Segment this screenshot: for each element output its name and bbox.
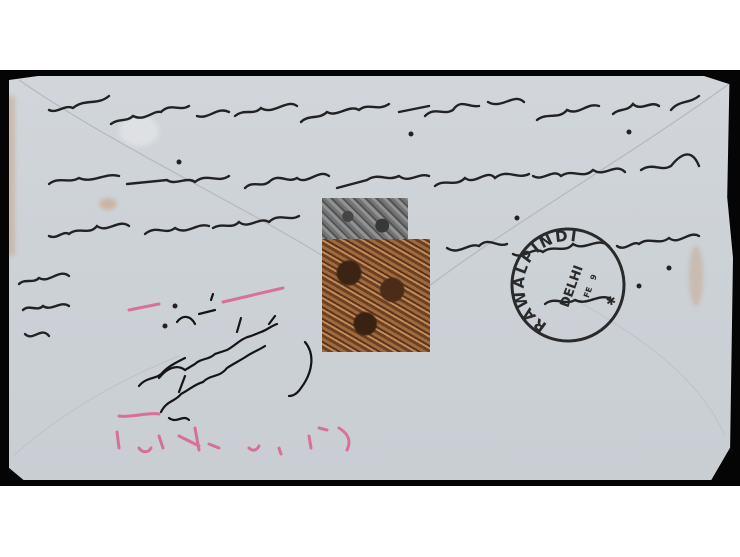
postmark-line2: FE <box>582 286 594 299</box>
postmark-line1: DELHI <box>558 263 587 309</box>
star-icon: ✱ <box>603 294 620 308</box>
postmark-line3: 9 <box>588 273 599 282</box>
envelope: RAWALPINDI DELHI FE 9 ✱ <box>9 76 733 480</box>
brown-stamp <box>322 239 430 352</box>
gray-stamp <box>322 198 408 244</box>
